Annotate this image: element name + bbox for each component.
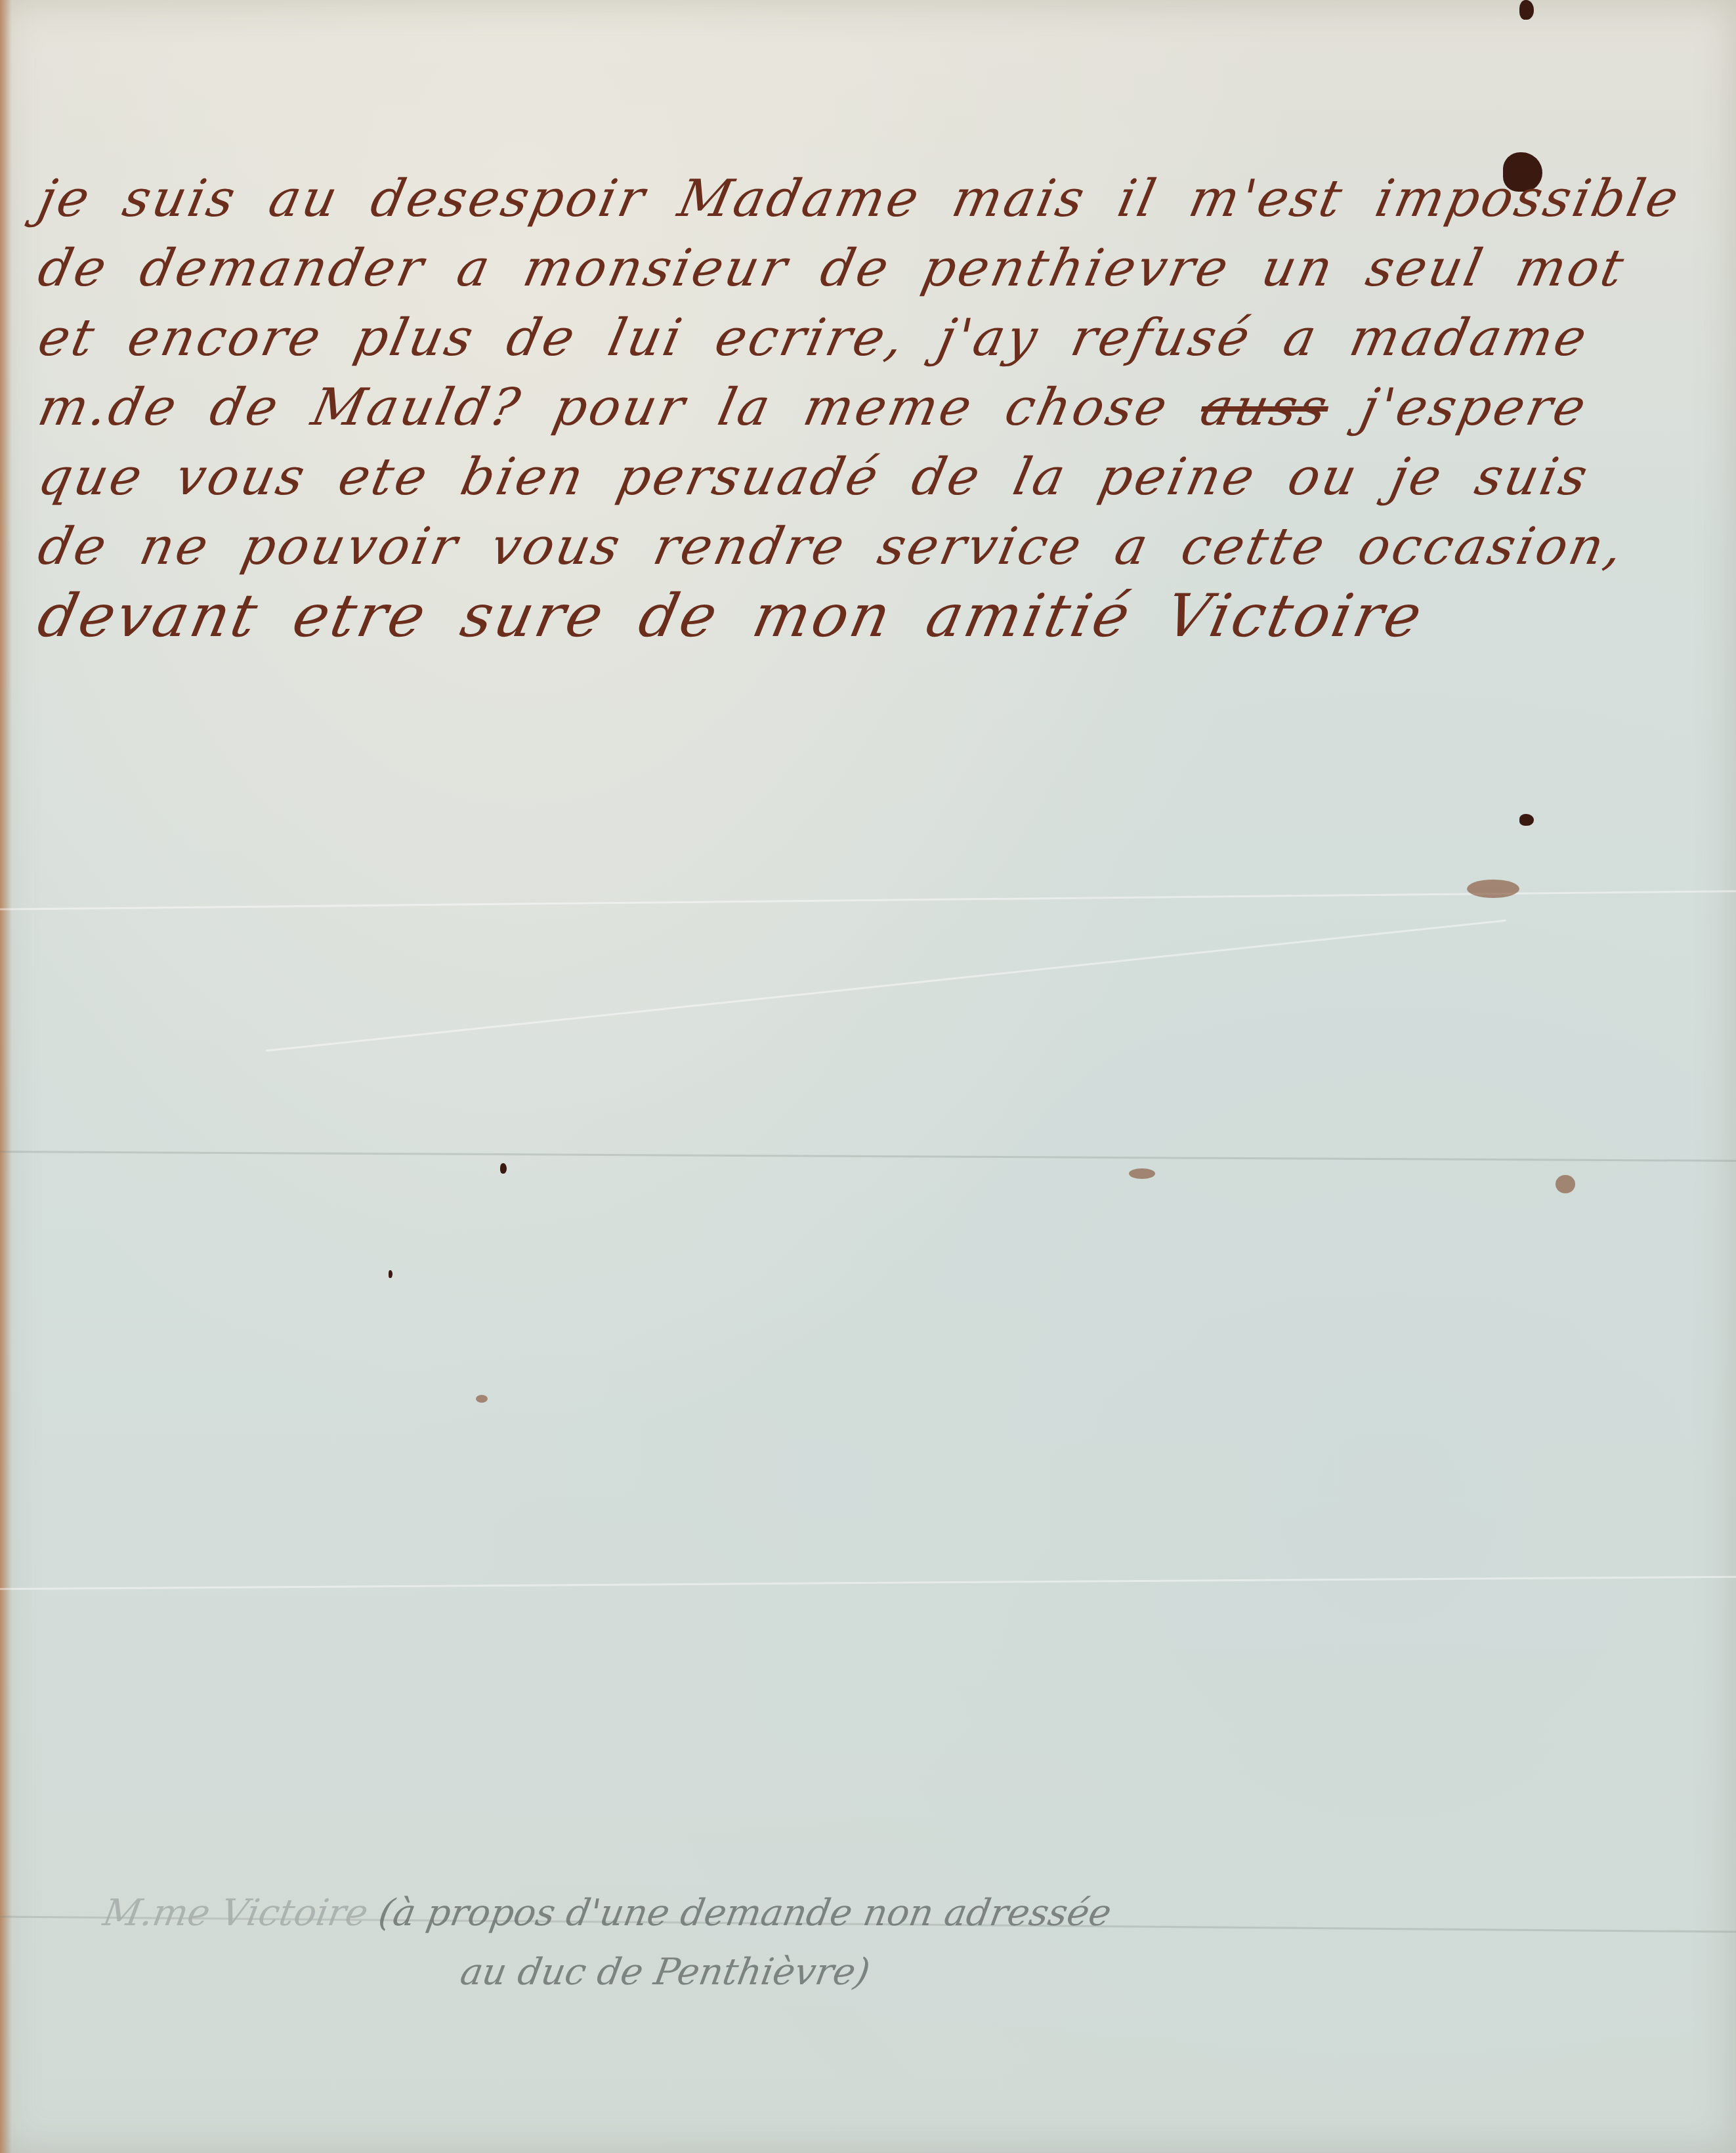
letter-line-2: de demander a monsieur de penthievre un … — [32, 234, 1714, 303]
letter-line-5: que vous ete bien persuadé de la peine o… — [32, 442, 1714, 512]
paper-crease — [266, 920, 1506, 1052]
archival-note-line-1: M.me Victoire (à propos d'une demande no… — [98, 1884, 1225, 1943]
paper-edge — [0, 0, 12, 2153]
letter-line-4: m.de de Mauld? pour la meme chose auss j… — [32, 373, 1714, 442]
archival-pencil-note: M.me Victoire (à propos d'une demande no… — [88, 1884, 1225, 2002]
letter-line-7-signature: devant etre sure de mon amitié Victoire — [32, 582, 1714, 651]
ink-spot — [500, 1163, 507, 1174]
letter-line-4-text: m.de de Mauld? pour la meme chose — [33, 378, 1174, 437]
ink-stain — [1129, 1168, 1155, 1179]
struck-word: auss — [1195, 378, 1334, 437]
letter-body: je suis au desespoir Madame mais il m'es… — [39, 164, 1706, 651]
ink-stain — [1556, 1175, 1575, 1193]
ink-blot — [1519, 0, 1534, 20]
ink-spot — [1519, 814, 1534, 826]
paper-crease — [0, 1151, 1736, 1162]
ink-stain — [476, 1395, 488, 1403]
paper-crease — [0, 1576, 1736, 1590]
letter-line-4-end: j'espere — [1355, 378, 1593, 437]
letter-line-6: de ne pouvoir vous rendre service a cett… — [32, 512, 1714, 582]
ink-spot — [389, 1270, 392, 1278]
ink-stain — [1467, 880, 1519, 898]
letter-line-1: je suis au desespoir Madame mais il m'es… — [32, 164, 1714, 234]
letter-line-3: et encore plus de lui ecrire, j'ay refus… — [32, 303, 1714, 373]
archival-note-faint: M.me Victoire — [100, 1892, 371, 1934]
paper-sheet: je suis au desespoir Madame mais il m'es… — [0, 0, 1736, 2153]
archival-note-text-1: (à propos d'une demande non adressée — [375, 1892, 1114, 1934]
archival-note-line-2: au duc de Penthièvre) — [88, 1943, 1214, 2002]
